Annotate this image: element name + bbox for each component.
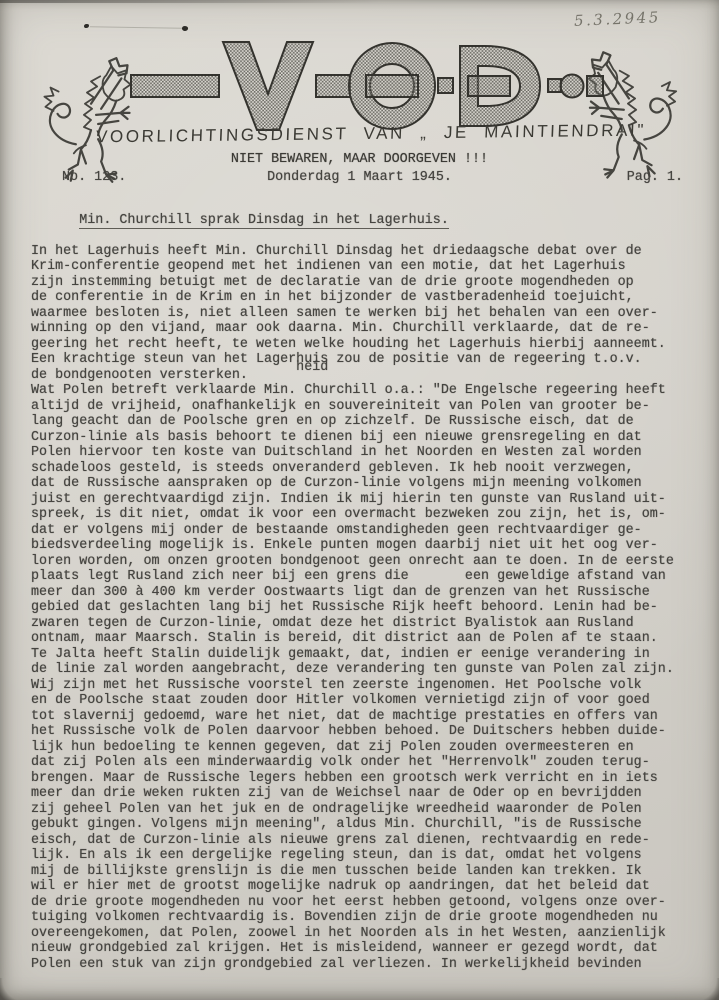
article-line: tot slavernij gedoemd, ware het niet, da…: [31, 709, 691, 725]
article-line: spreek, is dit niet, omdat ik voor een o…: [31, 507, 691, 523]
article-line: biedsverdeeling mogelijk is. Enkele punt…: [31, 538, 691, 554]
scan-corner-shadow: [0, 978, 26, 1000]
article-line: dat er volgens mij onder de bestaande om…: [31, 523, 691, 539]
article-line: meer dan drie weken rukten zij van de We…: [31, 786, 691, 802]
article-line: lang geacht dan de Poolsche gren en op z…: [31, 414, 691, 430]
article-line: juist en gerechtvaardigd zijn. Indien ik…: [31, 492, 691, 508]
article-line: Polen een stuk van zijn grondgebied zal …: [31, 957, 691, 973]
page-number: Pag. 1.: [627, 170, 683, 185]
article-line: de bondgenooten versterken.: [31, 368, 691, 384]
article-line: overeengekomen, dat Polen, zoowel in het…: [31, 926, 691, 942]
article-line: dat de Russische aanspraken op de Curzon…: [31, 476, 691, 492]
article-line: zij geheel Polen van het juk en de ondra…: [31, 802, 691, 818]
article-line: wil er hier met de grootst mogelijke nad…: [31, 879, 691, 895]
article-line: In het Lagerhuis heeft Min. Churchill Di…: [31, 244, 691, 260]
article-line: schadeloos gesteld, is steeds onverander…: [31, 461, 691, 477]
masthead-slogan: NIET BEWAREN, MAAR DOORGEVEN !!!: [0, 152, 719, 167]
ink-speck: [84, 24, 89, 28]
article-line: Een krachtige steun van het Lagerhuis zo…: [31, 352, 691, 368]
article-line: brengen. Maar de Russische legers hebben…: [31, 771, 691, 787]
article-line: Polen hiervoor ten koste van Duitschland…: [31, 445, 691, 461]
article-line: Wat Polen betreft verklaarde Min. Church…: [31, 383, 691, 399]
article-line: het Russische volk de Polen daarvoor heb…: [31, 724, 691, 740]
article-line: mij de billijkste grenslijn is die men t…: [31, 864, 691, 880]
article-line: de conferentie in de Krim en in het bijz…: [31, 290, 691, 306]
article-line: de linie zal worden aangebracht, deze ve…: [31, 662, 691, 678]
article-line: lijk. En als ik een dergelijke regeling …: [31, 848, 691, 864]
article-line: winning op den vijand, maar ook daarna. …: [31, 321, 691, 337]
ink-speck: [181, 25, 188, 31]
article-line: loren worden, om onzen grooten bondgenoo…: [31, 554, 691, 570]
article-line: geering het recht heeft, te weten welke …: [31, 337, 691, 353]
issue-info-row: No. 123. Donderdag 1 Maart 1945. Pag. 1.: [0, 170, 719, 186]
article-line: dat zij Polen als een minderwaardig volk…: [31, 755, 691, 771]
article-heading: Min. Churchill sprak Dinsdag in het Lage…: [31, 197, 691, 244]
article: Min. Churchill sprak Dinsdag in het Lage…: [31, 197, 691, 972]
issue-date: Donderdag 1 Maart 1945.: [0, 170, 719, 185]
article-line: en de Poolsche staat zouden door Hitler …: [31, 693, 691, 709]
newsletter-page: 5.3.2945: [0, 0, 719, 1000]
article-body: In het Lagerhuis heeft Min. Churchill Di…: [31, 244, 691, 973]
handwritten-date: 5.3.2945: [574, 8, 661, 30]
article-line: gebukt gingen. Volgens mijn meening", al…: [31, 817, 691, 833]
article-line: altijd de vrijheid, onafhankelijk en sou…: [31, 399, 691, 415]
scratch-mark: [90, 26, 182, 29]
article-line: tuiging volkomen rechtvaardig is. Bovend…: [31, 910, 691, 926]
article-line: zijn instemming betuigt met de declarati…: [31, 275, 691, 291]
article-line: Curzon-linie als basis behoort te dienen…: [31, 430, 691, 446]
scan-corner-shadow: [693, 978, 719, 1000]
article-line: Krim-conferentie geopend met het indiene…: [31, 259, 691, 275]
article-line: gebied dat geslachten lang bij het Russi…: [31, 600, 691, 616]
article-line: nieuw grondgebied zal krijgen. Het is mi…: [31, 941, 691, 957]
article-line: plaats legt Rusland zich neer bij een gr…: [31, 569, 691, 585]
article-line: ontnam, maar Maarsch. Stalin is bereid, …: [31, 631, 691, 647]
article-line: lijk hun bedoeling te kennen gegeven, da…: [31, 740, 691, 756]
article-line: zwaren tegen de Curzon-linie, omdat deze…: [31, 616, 691, 632]
article-line: meer dan 300 à 400 km verder Oostwaarts …: [31, 585, 691, 601]
scan-edge-shadow: [0, 0, 380, 3]
inline-correction: heid: [296, 360, 328, 376]
article-line: Wij zijn met het Russische voorstel ten …: [31, 678, 691, 694]
article-line: waarmee besloten is, niet alleen samen t…: [31, 306, 691, 322]
article-line: Te Jalta heeft Stalin duidelijk gemaakt,…: [31, 647, 691, 663]
article-line: de drie groote mogendheden nu voor het e…: [31, 895, 691, 911]
article-line: eisch, dat de Curzon-linie als nieuwe gr…: [31, 833, 691, 849]
